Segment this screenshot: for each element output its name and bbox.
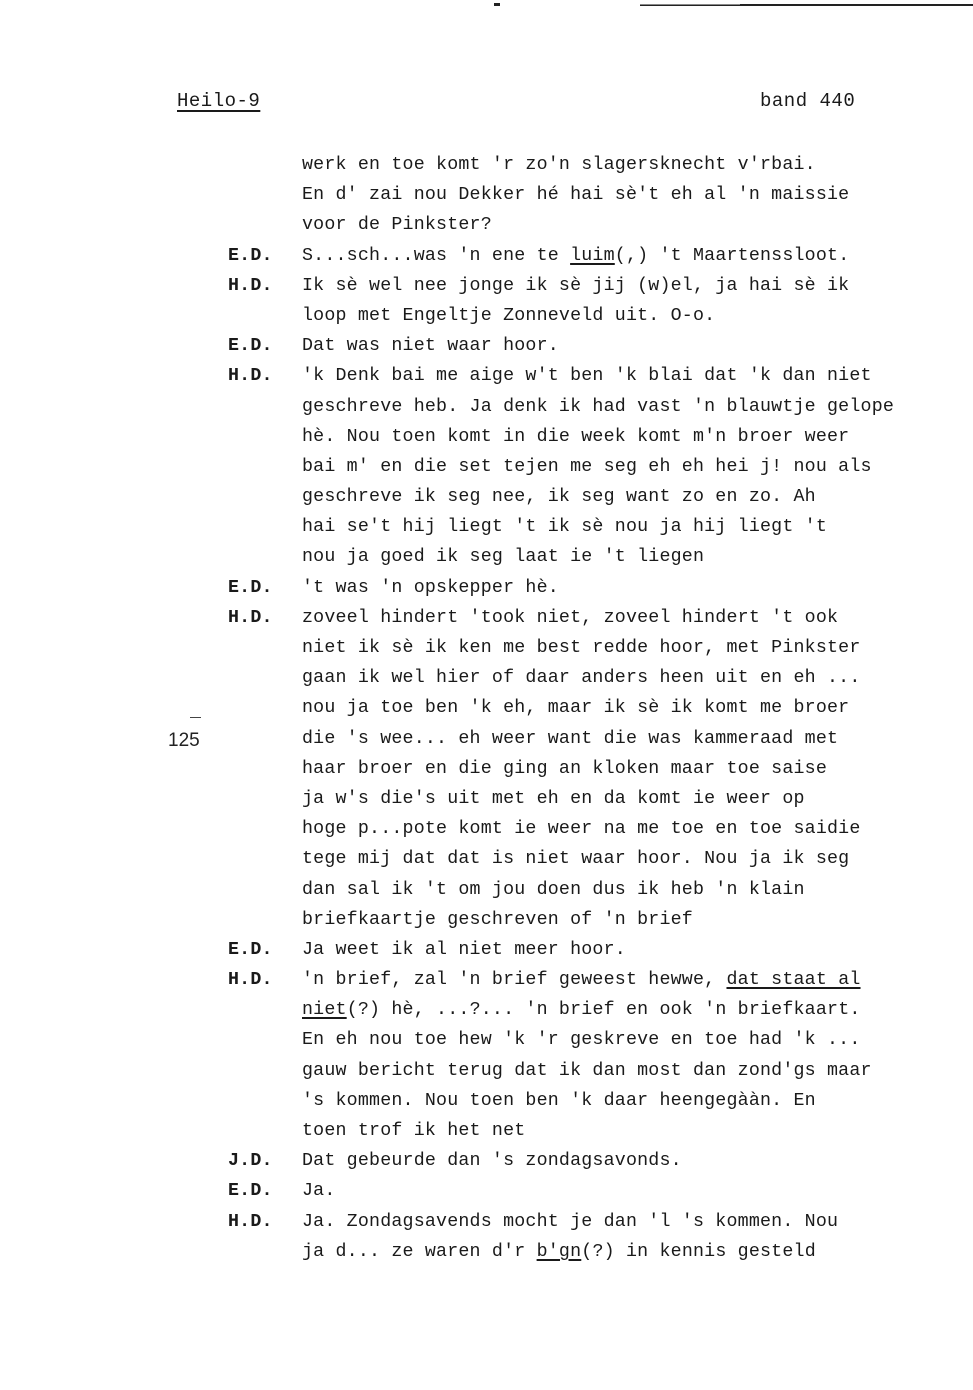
transcript-line: nou ja goed ik seg laat ie 't liegen <box>228 542 968 572</box>
underlined-text: dat staat al <box>726 970 860 990</box>
text-segment: toen trof ik het net <box>302 1121 525 1141</box>
text-segment: 's kommen. Nou toen ben 'k daar heengegà… <box>302 1091 816 1111</box>
text-segment: loop met Engeltje Zonneveld uit. O-o. <box>302 306 715 326</box>
speaker-label: H.D. <box>228 603 298 633</box>
utterance-text: Dat was niet waar hoor. <box>302 331 559 361</box>
speaker-label: H.D. <box>228 361 298 391</box>
speaker-label: J.D. <box>228 1146 298 1176</box>
transcript-line: J.D.Dat gebeurde dan 's zondagsavonds. <box>228 1146 968 1176</box>
utterance-text: werk en toe komt 'r zo'n slagersknecht v… <box>302 150 816 180</box>
text-segment: gauw bericht terug dat ik dan most dan z… <box>302 1061 872 1081</box>
transcript-line: gauw bericht terug dat ik dan most dan z… <box>228 1056 968 1086</box>
transcript-line: gaan ik wel hier of daar anders heen uit… <box>228 663 968 693</box>
transcript-line: geschreve ik seg nee, ik seg want zo en … <box>228 482 968 512</box>
margin-dash <box>190 717 201 718</box>
transcript-line: geschreve heb. Ja denk ik had vast 'n bl… <box>228 392 968 422</box>
text-segment: geschreve ik seg nee, ik seg want zo en … <box>302 487 816 507</box>
transcript-line: niet ik sè ik ken me best redde hoor, me… <box>228 633 968 663</box>
text-segment: 't was 'n opskepper hè. <box>302 578 559 598</box>
utterance-text: hè. Nou toen komt in die week komt m'n b… <box>302 422 849 452</box>
utterance-text: geschreve ik seg nee, ik seg want zo en … <box>302 482 816 512</box>
text-segment: En eh nou toe hew 'k 'r geskreve en toe … <box>302 1030 861 1050</box>
margin-counter: 125 <box>168 730 200 752</box>
text-segment: Ja weet ik al niet meer hoor. <box>302 940 626 960</box>
utterance-text: zoveel hindert 'took niet, zoveel hinder… <box>302 603 838 633</box>
text-segment: nou ja goed ik seg laat ie 't liegen <box>302 547 704 567</box>
text-segment: die 's wee... eh weer want die was kamme… <box>302 729 838 749</box>
transcript-line: H.D.'k Denk bai me aige w't ben 'k blai … <box>228 361 968 391</box>
utterance-text: loop met Engeltje Zonneveld uit. O-o. <box>302 301 715 331</box>
utterance-text: En d' zai nou Dekker hé hai sè't eh al '… <box>302 180 849 210</box>
utterance-text: haar broer en die ging an kloken maar to… <box>302 754 827 784</box>
utterance-text: geschreve heb. Ja denk ik had vast 'n bl… <box>302 392 894 422</box>
transcript-line: E.D.'t was 'n opskepper hè. <box>228 573 968 603</box>
text-segment: hè. Nou toen komt in die week komt m'n b… <box>302 427 849 447</box>
utterance-text: Dat gebeurde dan 's zondagsavonds. <box>302 1146 682 1176</box>
transcript-line: hè. Nou toen komt in die week komt m'n b… <box>228 422 968 452</box>
utterance-text: Ja. Zondagsavends mocht je dan 'l 's kom… <box>302 1207 838 1237</box>
text-segment: ja d... ze waren d'r <box>302 1242 537 1262</box>
speaker-label: H.D. <box>228 1207 298 1237</box>
transcript-line: E.D.Dat was niet waar hoor. <box>228 331 968 361</box>
utterance-text: niet(?) hè, ...?... 'n brief en ook 'n b… <box>302 995 861 1025</box>
text-segment: hoge p...pote komt ie weer na me toe en … <box>302 819 861 839</box>
text-segment: geschreve heb. Ja denk ik had vast 'n bl… <box>302 397 894 417</box>
transcript-line: haar broer en die ging an kloken maar to… <box>228 754 968 784</box>
text-segment: bai m' en die set tejen me seg eh eh hei… <box>302 457 872 477</box>
text-segment: (?) hè, ...?... 'n brief en ook 'n brief… <box>347 1000 861 1020</box>
utterance-text: 'n brief, zal 'n brief geweest hewwe, da… <box>302 965 861 995</box>
transcript-line: toen trof ik het net <box>228 1116 968 1146</box>
underlined-text: luim <box>570 246 615 266</box>
top-rule-faint <box>640 4 740 5</box>
transcript-line: En d' zai nou Dekker hé hai sè't eh al '… <box>228 180 968 210</box>
text-segment: werk en toe komt 'r zo'n slagersknecht v… <box>302 155 816 175</box>
utterance-text: S...sch...was 'n ene te luim(,) 't Maart… <box>302 241 849 271</box>
utterance-text: En eh nou toe hew 'k 'r geskreve en toe … <box>302 1025 861 1055</box>
text-segment: dan sal ik 't om jou doen dus ik heb 'n … <box>302 880 805 900</box>
transcript: werk en toe komt 'r zo'n slagersknecht v… <box>228 150 968 1267</box>
text-segment: S...sch...was 'n ene te <box>302 246 570 266</box>
transcript-line: H.D.Ik sè wel nee jonge ik sè jij (w)el,… <box>228 271 968 301</box>
utterance-text: dan sal ik 't om jou doen dus ik heb 'n … <box>302 875 805 905</box>
text-segment: gaan ik wel hier of daar anders heen uit… <box>302 668 861 688</box>
utterance-text: toen trof ik het net <box>302 1116 525 1146</box>
utterance-text: Ja weet ik al niet meer hoor. <box>302 935 626 965</box>
utterance-text: nou ja goed ik seg laat ie 't liegen <box>302 542 704 572</box>
transcript-line: H.D.Ja. Zondagsavends mocht je dan 'l 's… <box>228 1207 968 1237</box>
text-segment: Ik sè wel nee jonge ik sè jij (w)el, ja … <box>302 276 849 296</box>
transcript-line: werk en toe komt 'r zo'n slagersknecht v… <box>228 150 968 180</box>
text-segment: (,) 't Maartenssloot. <box>615 246 850 266</box>
speaker-label: E.D. <box>228 935 298 965</box>
utterance-text: nou ja toe ben 'k eh, maar ik sè ik komt… <box>302 693 849 723</box>
text-segment: hai se't hij liegt 't ik sè nou ja hij l… <box>302 517 827 537</box>
utterance-text: hai se't hij liegt 't ik sè nou ja hij l… <box>302 512 827 542</box>
transcript-line: tege mij dat dat is niet waar hoor. Nou … <box>228 844 968 874</box>
transcript-line: voor de Pinkster? <box>228 210 968 240</box>
transcript-line: dan sal ik 't om jou doen dus ik heb 'n … <box>228 875 968 905</box>
text-segment: Dat was niet waar hoor. <box>302 336 559 356</box>
speaker-label: E.D. <box>228 573 298 603</box>
speaker-label: E.D. <box>228 331 298 361</box>
speaker-label: H.D. <box>228 271 298 301</box>
utterance-text: ja w's die's uit met eh en da komt ie we… <box>302 784 805 814</box>
transcript-line: hai se't hij liegt 't ik sè nou ja hij l… <box>228 512 968 542</box>
text-segment: zoveel hindert 'took niet, zoveel hinder… <box>302 608 838 628</box>
text-segment: 'n brief, zal 'n brief geweest hewwe, <box>302 970 726 990</box>
transcript-line: die 's wee... eh weer want die was kamme… <box>228 724 968 754</box>
utterance-text: tege mij dat dat is niet waar hoor. Nou … <box>302 844 849 874</box>
text-segment: niet ik sè ik ken me best redde hoor, me… <box>302 638 861 658</box>
utterance-text: gaan ik wel hier of daar anders heen uit… <box>302 663 861 693</box>
transcript-line: ja w's die's uit met eh en da komt ie we… <box>228 784 968 814</box>
text-segment: (?) in kennis gesteld <box>581 1242 816 1262</box>
tape-number: band 440 <box>760 90 855 112</box>
speaker-label: E.D. <box>228 1176 298 1206</box>
text-segment: Ja. <box>302 1181 336 1201</box>
underlined-text: niet <box>302 1000 347 1020</box>
utterance-text: hoge p...pote komt ie weer na me toe en … <box>302 814 861 844</box>
utterance-text: Ja. <box>302 1176 336 1206</box>
utterance-text: niet ik sè ik ken me best redde hoor, me… <box>302 633 861 663</box>
transcript-line: H.D.'n brief, zal 'n brief geweest hewwe… <box>228 965 968 995</box>
speaker-label: H.D. <box>228 965 298 995</box>
text-segment: voor de Pinkster? <box>302 215 492 235</box>
utterance-text: briefkaartje geschreven of 'n brief <box>302 905 693 935</box>
text-segment: 'k Denk bai me aige w't ben 'k blai dat … <box>302 366 872 386</box>
text-segment: Dat gebeurde dan 's zondagsavonds. <box>302 1151 682 1171</box>
utterance-text: gauw bericht terug dat ik dan most dan z… <box>302 1056 872 1086</box>
transcript-line: bai m' en die set tejen me seg eh eh hei… <box>228 452 968 482</box>
transcript-line: niet(?) hè, ...?... 'n brief en ook 'n b… <box>228 995 968 1025</box>
text-segment: haar broer en die ging an kloken maar to… <box>302 759 827 779</box>
utterance-text: bai m' en die set tejen me seg eh eh hei… <box>302 452 872 482</box>
utterance-text: Ik sè wel nee jonge ik sè jij (w)el, ja … <box>302 271 849 301</box>
transcript-line: E.D.S...sch...was 'n ene te luim(,) 't M… <box>228 241 968 271</box>
utterance-text: voor de Pinkster? <box>302 210 492 240</box>
transcript-line: H.D.zoveel hindert 'took niet, zoveel hi… <box>228 603 968 633</box>
speaker-label: E.D. <box>228 241 298 271</box>
scan-mark <box>494 3 500 6</box>
transcript-line: 's kommen. Nou toen ben 'k daar heengegà… <box>228 1086 968 1116</box>
text-segment: Ja. Zondagsavends mocht je dan 'l 's kom… <box>302 1212 838 1232</box>
text-segment: En d' zai nou Dekker hé hai sè't eh al '… <box>302 185 849 205</box>
transcript-line: briefkaartje geschreven of 'n brief <box>228 905 968 935</box>
text-segment: nou ja toe ben 'k eh, maar ik sè ik komt… <box>302 698 849 718</box>
transcript-line: E.D.Ja weet ik al niet meer hoor. <box>228 935 968 965</box>
document-id: Heilo-9 <box>177 90 260 112</box>
utterance-text: 's kommen. Nou toen ben 'k daar heengegà… <box>302 1086 816 1116</box>
utterance-text: die 's wee... eh weer want die was kamme… <box>302 724 838 754</box>
underlined-text: b'gn <box>537 1242 582 1262</box>
transcript-line: ja d... ze waren d'r b'gn(?) in kennis g… <box>228 1237 968 1267</box>
transcript-line: nou ja toe ben 'k eh, maar ik sè ik komt… <box>228 693 968 723</box>
transcript-line: En eh nou toe hew 'k 'r geskreve en toe … <box>228 1025 968 1055</box>
utterance-text: ja d... ze waren d'r b'gn(?) in kennis g… <box>302 1237 816 1267</box>
transcript-line: hoge p...pote komt ie weer na me toe en … <box>228 814 968 844</box>
utterance-text: 'k Denk bai me aige w't ben 'k blai dat … <box>302 361 872 391</box>
text-segment: briefkaartje geschreven of 'n brief <box>302 910 693 930</box>
text-segment: ja w's die's uit met eh en da komt ie we… <box>302 789 805 809</box>
transcript-line: E.D.Ja. <box>228 1176 968 1206</box>
transcript-line: loop met Engeltje Zonneveld uit. O-o. <box>228 301 968 331</box>
utterance-text: 't was 'n opskepper hè. <box>302 573 559 603</box>
text-segment: tege mij dat dat is niet waar hoor. Nou … <box>302 849 849 869</box>
